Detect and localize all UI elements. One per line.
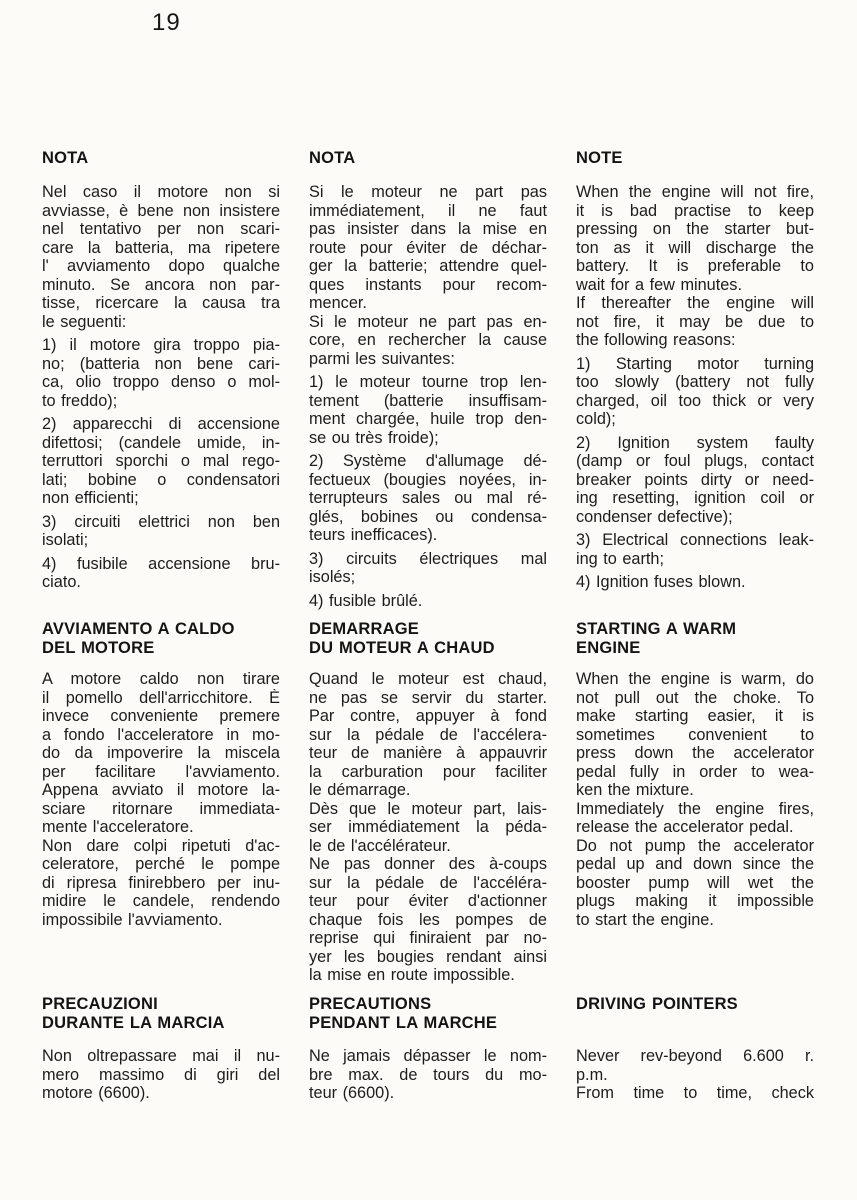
text-line: Non oltrepassare mai il nu- (42, 1047, 280, 1066)
paragraph: 4) fusible brûlé. (309, 592, 547, 611)
text-line: not fire, it may be due to (576, 313, 814, 332)
paragraph: When the engine is warm, donot pull out … (576, 670, 814, 800)
text-line: 1) le moteur tourne trop len- (309, 373, 547, 392)
column-en-note: NOTEWhen the engine will not fire,it is … (576, 149, 814, 592)
text-line: ciato. (42, 573, 280, 592)
paragraph: Never rev-beyond 6.600 r.p.m. (576, 1047, 814, 1084)
text-line: Appena avviato il motore la- (42, 781, 280, 800)
section-heading-it: AVVIAMENTO A CALDODEL MOTORE (42, 620, 280, 670)
text-line: terrupteurs sales ou mal ré- (309, 489, 547, 508)
text-line: Si le moteur ne part pas en- (309, 313, 547, 332)
column-it-note: NOTANel caso il motore non siavviasse, è… (42, 149, 280, 592)
text-line: non efficienti; (42, 489, 280, 508)
text-line: invece conveniente premere (42, 707, 280, 726)
column-it-driving: PRECAUZIONIDURANTE LA MARCIANon oltrepas… (42, 995, 280, 1103)
heading-line: DRIVING POINTERS (576, 995, 814, 1014)
paragraph: Si le moteur ne part pas en-core, en rec… (309, 313, 547, 369)
paragraph: Nel caso il motore non siavviasse, è ben… (42, 183, 280, 331)
paragraph: Immediately the engine fires,release the… (576, 800, 814, 837)
text-line: 2) Ignition system faulty (576, 434, 814, 453)
text-line: breaker points dirty or need- (576, 471, 814, 490)
text-line: chaque fois les pompes de (309, 911, 547, 930)
text-line: isolati; (42, 531, 280, 550)
paragraph: 3) circuits électriques malisolés; (309, 550, 547, 587)
text-line: pedal up and down since the (576, 855, 814, 874)
heading-line: DU MOTEUR A CHAUD (309, 639, 547, 658)
heading-line: STARTING A WARM (576, 620, 814, 639)
text-line: ing to earth; (576, 550, 814, 569)
text-line: glés, bobines ou condensa- (309, 508, 547, 527)
text-line: no; (batteria non bene cari- (42, 355, 280, 374)
text-line: ing resetting, ignition coil or (576, 489, 814, 508)
text-line: it is bad practise to keep (576, 202, 814, 221)
paragraph: 2) Système d'allumage dé-fectueux (bougi… (309, 452, 547, 545)
text-line: immédiatement, il ne faut (309, 202, 547, 221)
text-line: difettosi; (candele umide, in- (42, 434, 280, 453)
section-heading-en: STARTING A WARMENGINE (576, 620, 814, 670)
paragraph: Do not pump the acceleratorpedal up and … (576, 837, 814, 930)
paragraph: 2) Ignition system faulty(damp or foul p… (576, 434, 814, 527)
text-line: (damp or foul plugs, contact (576, 452, 814, 471)
text-line: too slowly (battery not fully (576, 373, 814, 392)
column-en-driving: DRIVING POINTERSNever rev-beyond 6.600 r… (576, 995, 814, 1103)
text-line: From time to time, check (576, 1084, 814, 1103)
section-heading-en: NOTE (576, 149, 814, 183)
paragraph: 3) circuiti elettrici non benisolati; (42, 513, 280, 550)
text-line: teur de manière à appauvrir (309, 744, 547, 763)
text-line: Do not pump the accelerator (576, 837, 814, 856)
text-line: Par contre, appuyer à fond (309, 707, 547, 726)
paragraph: Non oltrepassare mai il nu-mero massimo … (42, 1047, 280, 1103)
text-line: 4) fusibile accensione bru- (42, 555, 280, 574)
column-fr-note: NOTASi le moteur ne part pasimmédiatemen… (309, 149, 547, 610)
text-line: cold); (576, 410, 814, 429)
text-line: le de l'accélérateur. (309, 837, 547, 856)
text-line: Never rev-beyond 6.600 r. (576, 1047, 814, 1066)
text-line: 3) circuits électriques mal (309, 550, 547, 569)
section-driving: PRECAUZIONIDURANTE LA MARCIANon oltrepas… (42, 995, 814, 1103)
heading-line: NOTE (576, 149, 814, 168)
text-line: 2) apparecchi di accensione (42, 415, 280, 434)
text-line: lati; bobine o condensatori (42, 471, 280, 490)
section-note: NOTANel caso il motore non siavviasse, è… (42, 149, 814, 620)
text-line: Dès que le moteur part, lais- (309, 800, 547, 819)
heading-line: AVVIAMENTO A CALDO (42, 620, 280, 639)
text-line: ser immédiatement la péda- (309, 818, 547, 837)
text-line: mente l'acceleratore. (42, 818, 280, 837)
page-content: NOTANel caso il motore non siavviasse, è… (42, 149, 814, 1103)
text-line: the following reasons: (576, 331, 814, 350)
text-line: ton as it will discharge the (576, 239, 814, 258)
text-line: il pomello dell'arricchitore. È (42, 689, 280, 708)
text-line: motore (6600). (42, 1084, 280, 1103)
text-line: sur la pédale de l'accéléra- (309, 874, 547, 893)
page-number: 19 (152, 9, 181, 37)
paragraph: 1) Starting motor turningtoo slowly (bat… (576, 355, 814, 429)
heading-line: DURANTE LA MARCIA (42, 1014, 280, 1033)
text-line: plugs making it impossible (576, 892, 814, 911)
text-line: per facilitare l'avviamento. (42, 763, 280, 782)
text-line: Nel caso il motore non si (42, 183, 280, 202)
text-line: le démarrage. (309, 781, 547, 800)
text-line: 3) circuiti elettrici non ben (42, 513, 280, 532)
text-line: Non dare colpi ripetuti d'ac- (42, 837, 280, 856)
paragraph: 3) Electrical connections leak-ing to ea… (576, 531, 814, 568)
text-line: release the accelerator pedal. (576, 818, 814, 837)
heading-line: DEL MOTORE (42, 639, 280, 658)
text-line: core, en rechercher la cause (309, 331, 547, 350)
text-line: 4) fusible brûlé. (309, 592, 547, 611)
paragraph: 4) Ignition fuses blown. (576, 573, 814, 592)
section-heading-fr: DEMARRAGEDU MOTEUR A CHAUD (309, 620, 547, 670)
text-line: mero massimo di giri del (42, 1066, 280, 1085)
text-line: make starting easier, it is (576, 707, 814, 726)
text-line: pressing on the starter but- (576, 220, 814, 239)
text-line: tement (batterie insuffisam- (309, 392, 547, 411)
text-line: 3) Electrical connections leak- (576, 531, 814, 550)
text-line: 2) Système d'allumage dé- (309, 452, 547, 471)
paragraph: Si le moteur ne part pasimmédiatement, i… (309, 183, 547, 313)
paragraph: Quand le moteur est chaud,ne pas se serv… (309, 670, 547, 800)
text-line: nel tentativo per non scari- (42, 220, 280, 239)
text-line: sometimes convenient to (576, 726, 814, 745)
text-line: Si le moteur ne part pas (309, 183, 547, 202)
text-line: parmi les suivantes: (309, 350, 547, 369)
text-line: bre max. de tours du mo- (309, 1066, 547, 1085)
text-line: battery. It is preferable to (576, 257, 814, 276)
text-line: celeratore, perché le pompe (42, 855, 280, 874)
text-line: teur (6600). (309, 1084, 547, 1103)
text-line: a fondo l'acceleratore in mo- (42, 726, 280, 745)
text-line: to freddo); (42, 392, 280, 411)
text-line: ken the mixture. (576, 781, 814, 800)
text-line: isolés; (309, 568, 547, 587)
text-line: l' avviamento dopo qualche (42, 257, 280, 276)
text-line: la mise en route impossible. (309, 966, 547, 985)
paragraph: From time to time, check (576, 1084, 814, 1103)
paragraph: Ne jamais dépasser le nom-bre max. de to… (309, 1047, 547, 1103)
column-it-warm-start: AVVIAMENTO A CALDODEL MOTOREA motore cal… (42, 620, 280, 929)
section-heading-fr: NOTA (309, 149, 547, 183)
paragraph: Ne pas donner des à-coupssur la pédale d… (309, 855, 547, 985)
text-line: A motore caldo non tirare (42, 670, 280, 689)
text-line: Quand le moteur est chaud, (309, 670, 547, 689)
text-line: sciare ritornare immediata- (42, 800, 280, 819)
text-line: to start the engine. (576, 911, 814, 930)
paragraph: When the engine will not fire,it is bad … (576, 183, 814, 294)
text-line: Immediately the engine fires, (576, 800, 814, 819)
heading-line: PRECAUZIONI (42, 995, 280, 1014)
text-line: If thereafter the engine will (576, 294, 814, 313)
column-en-warm-start: STARTING A WARMENGINEWhen the engine is … (576, 620, 814, 929)
manual-page: 19 NOTANel caso il motore non siavviasse… (0, 0, 857, 1200)
text-line: se ou très froide); (309, 429, 547, 448)
heading-line: PRECAUTIONS (309, 995, 547, 1014)
text-line: ger la batterie; attendre quel- (309, 257, 547, 276)
text-line: 4) Ignition fuses blown. (576, 573, 814, 592)
text-line: yer les bougies rendant ainsi (309, 948, 547, 967)
paragraph: 1) le moteur tourne trop len-tement (bat… (309, 373, 547, 447)
paragraph: If thereafter the engine willnot fire, i… (576, 294, 814, 350)
text-line: Ne jamais dépasser le nom- (309, 1047, 547, 1066)
text-line: When the engine is warm, do (576, 670, 814, 689)
text-line: fectueux (bougies noyées, in- (309, 471, 547, 490)
text-line: teurs inefficaces). (309, 526, 547, 545)
text-line: la carburation pour faciliter (309, 763, 547, 782)
section-heading-en: DRIVING POINTERS (576, 995, 814, 1047)
paragraph: 2) apparecchi di accensionedifettosi; (c… (42, 415, 280, 508)
paragraph: Dès que le moteur part, lais-ser immédia… (309, 800, 547, 856)
heading-line: ENGINE (576, 639, 814, 658)
column-fr-driving: PRECAUTIONSPENDANT LA MARCHENe jamais dé… (309, 995, 547, 1103)
text-line: sur la pédale de l'accélera- (309, 726, 547, 745)
text-line: Ne pas donner des à-coups (309, 855, 547, 874)
text-line: mencer. (309, 294, 547, 313)
text-line: impossibile l'avviamento. (42, 911, 280, 930)
paragraph: 1) il motore gira troppo pia-no; (batter… (42, 336, 280, 410)
text-line: pedal fully in order to wea- (576, 763, 814, 782)
text-line: do da impoverire la miscela (42, 744, 280, 763)
text-line: teur pour éviter d'actionner (309, 892, 547, 911)
text-line: not pull out the choke. To (576, 689, 814, 708)
paragraph: Non dare colpi ripetuti d'ac-celeratore,… (42, 837, 280, 930)
text-line: When the engine will not fire, (576, 183, 814, 202)
heading-line: NOTA (42, 149, 280, 168)
heading-line: PENDANT LA MARCHE (309, 1014, 547, 1033)
section-warm-start: AVVIAMENTO A CALDODEL MOTOREA motore cal… (42, 620, 814, 995)
text-line: p.m. (576, 1066, 814, 1085)
text-line: le seguenti: (42, 313, 280, 332)
text-line: di ripresa finirebbero per inu- (42, 874, 280, 893)
column-fr-warm-start: DEMARRAGEDU MOTEUR A CHAUDQuand le moteu… (309, 620, 547, 985)
paragraph: A motore caldo non tirareil pomello dell… (42, 670, 280, 837)
text-line: midire le candele, rendendo (42, 892, 280, 911)
section-heading-fr: PRECAUTIONSPENDANT LA MARCHE (309, 995, 547, 1047)
text-line: care la batteria, ma ripetere (42, 239, 280, 258)
text-line: avviasse, è bene non insistere (42, 202, 280, 221)
text-line: terruttori sporchi o mal rego- (42, 452, 280, 471)
heading-line: DEMARRAGE (309, 620, 547, 639)
text-line: ca, olio troppo denso o mol- (42, 373, 280, 392)
text-line: condenser defective); (576, 508, 814, 527)
text-line: wait for a few minutes. (576, 276, 814, 295)
text-line: minuto. Se ancora non par- (42, 276, 280, 295)
text-line: 1) Starting motor turning (576, 355, 814, 374)
section-heading-it: NOTA (42, 149, 280, 183)
text-line: ne pas se servir du starter. (309, 689, 547, 708)
text-line: charged, oil too thick or very (576, 392, 814, 411)
text-line: reprise qui finiraient par no- (309, 929, 547, 948)
text-line: press down the accelerator (576, 744, 814, 763)
text-line: booster pump will wet the (576, 874, 814, 893)
text-line: ment chargée, huile trop den- (309, 410, 547, 429)
heading-line: NOTA (309, 149, 547, 168)
text-line: 1) il motore gira troppo pia- (42, 336, 280, 355)
text-line: ques instants pour recom- (309, 276, 547, 295)
text-line: tisse, ricercare la causa tra (42, 294, 280, 313)
text-line: pas insister dans la mise en (309, 220, 547, 239)
paragraph: 4) fusibile accensione bru-ciato. (42, 555, 280, 592)
section-heading-it: PRECAUZIONIDURANTE LA MARCIA (42, 995, 280, 1047)
text-line: route pour éviter de déchar- (309, 239, 547, 258)
